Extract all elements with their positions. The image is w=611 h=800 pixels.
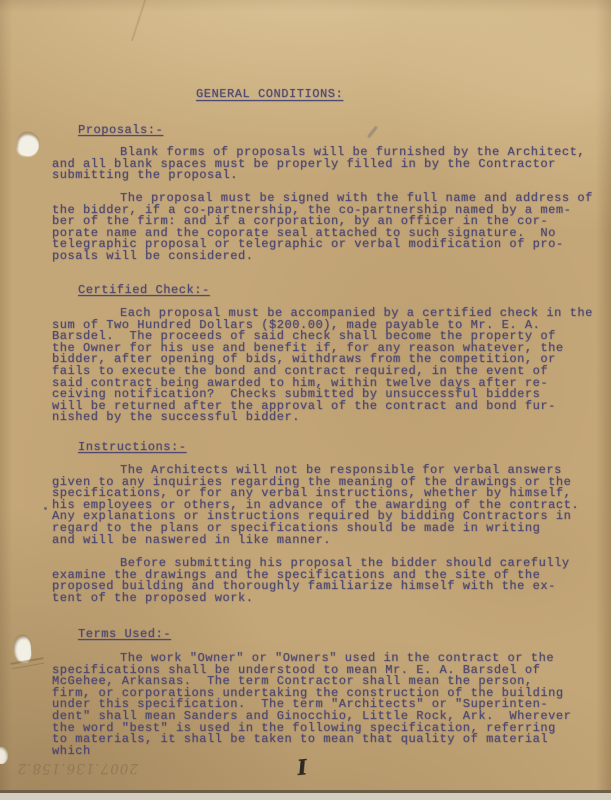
accession-number: 2007.136.158.2 xyxy=(16,760,138,776)
document-title: GENERAL CONDITIONS: xyxy=(196,89,456,101)
scanned-document: GENERAL CONDITIONS: Proposals:- Blank fo… xyxy=(0,0,611,800)
paragraph: The Architects will not be responsible f… xyxy=(52,465,600,546)
section-heading-certified-check: Certified Check:- xyxy=(78,285,611,297)
edge-chip xyxy=(0,747,8,764)
paragraph: The work "Owner" or "Owners" used in the… xyxy=(52,653,600,757)
section-heading-instructions: Instructions:- xyxy=(78,442,611,454)
crease-mark-top xyxy=(131,0,147,41)
paragraph: Before submitting his proposal the bidde… xyxy=(52,558,600,604)
scanner-bed-edge xyxy=(0,790,611,800)
handwritten-page-numeral: I xyxy=(296,751,338,780)
paragraph: Blank forms of proposals will be furnish… xyxy=(52,147,600,182)
section-heading-terms-used: Terms Used:- xyxy=(78,629,611,641)
paragraph: Each proposal must be accompanied by a c… xyxy=(52,308,600,424)
ink-dot xyxy=(44,507,47,510)
paper-sheet: GENERAL CONDITIONS: Proposals:- Blank fo… xyxy=(0,0,611,800)
paragraph: The proposal must be signed with the ful… xyxy=(52,193,600,263)
punch-hole-top xyxy=(16,132,41,158)
section-heading-proposals: Proposals:- xyxy=(78,125,611,137)
